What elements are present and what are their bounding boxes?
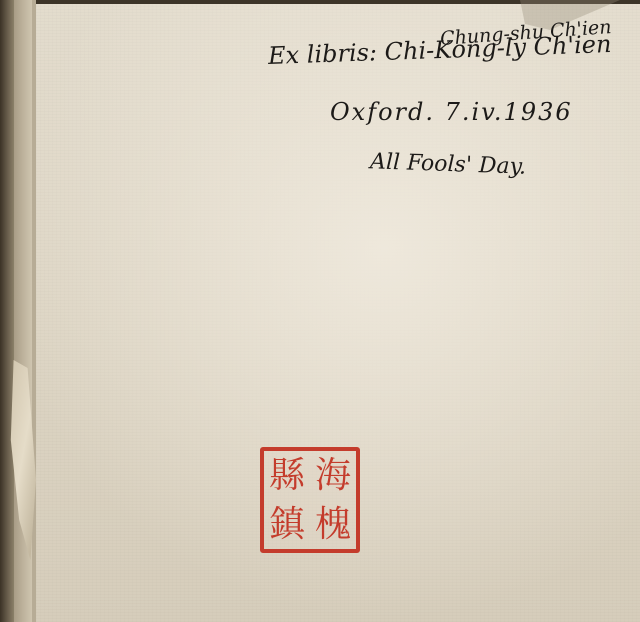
seal-character: 海	[310, 458, 356, 494]
inscription-ex-libris: Ex libris: Chi-Kong-ly Ch'ien	[268, 30, 612, 70]
seal-character: 縣	[264, 458, 310, 494]
inscription-occasion: All Fools' Day.	[370, 149, 527, 179]
cover-board-edge	[32, 0, 36, 622]
book-page: Chung-shu Ch'ien Ex libris: Chi-Kong-ly …	[0, 0, 640, 622]
inscription-place-date: Oxford. 7.iv.1936	[330, 98, 573, 126]
seal-character: 鎮	[264, 507, 310, 543]
red-seal-stamp: 縣 海 鎮 槐	[260, 447, 360, 553]
book-spine	[0, 0, 14, 622]
seal-character: 槐	[310, 507, 356, 543]
